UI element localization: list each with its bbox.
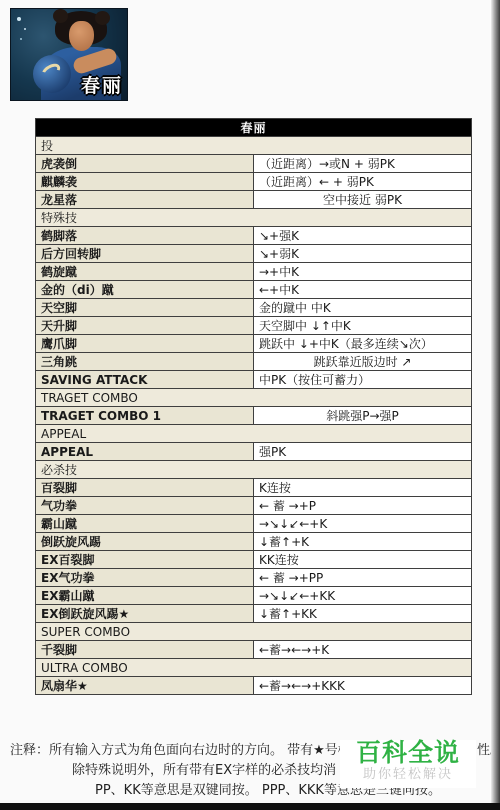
move-name: EX百裂脚 bbox=[36, 551, 254, 569]
section-row: 特殊技 bbox=[36, 209, 472, 227]
character-portrait: 春丽 bbox=[10, 8, 128, 101]
move-row: 凤扇华★←蓄→←→+KKK bbox=[36, 677, 472, 695]
move-name: 倒跃旋风踢 bbox=[36, 533, 254, 551]
move-input: 斜跳强P→强P bbox=[254, 407, 472, 425]
move-name: 千裂脚 bbox=[36, 641, 254, 659]
section-row: 必杀技 bbox=[36, 461, 472, 479]
section-label: ULTRA COMBO bbox=[36, 659, 472, 677]
move-input: →+中K bbox=[254, 263, 472, 281]
move-row: 百裂脚K连按 bbox=[36, 479, 472, 497]
move-name: 天升脚 bbox=[36, 317, 254, 335]
move-row: 倒跃旋风踢↓蓄↑+K bbox=[36, 533, 472, 551]
move-name: SAVING ATTACK bbox=[36, 371, 254, 389]
move-row: EX气功拳← 蓄 →+PP bbox=[36, 569, 472, 587]
move-row: EX倒跃旋风踢★↓蓄↑+KK bbox=[36, 605, 472, 623]
move-row: SAVING ATTACK中PK（按住可蓄力） bbox=[36, 371, 472, 389]
move-row: 天空脚金的蹴中 中K bbox=[36, 299, 472, 317]
section-row: SUPER COMBO bbox=[36, 623, 472, 641]
move-input: （近距离）→或N + 弱PK bbox=[254, 155, 472, 173]
move-input: 强PK bbox=[254, 443, 472, 461]
move-name: 鹤旋蹴 bbox=[36, 263, 254, 281]
move-row: 鹰爪脚跳跃中 ↓+中K（最多连续↘次） bbox=[36, 335, 472, 353]
move-name: 金的（di）蹴 bbox=[36, 281, 254, 299]
move-row: 后方回转脚↘+弱K bbox=[36, 245, 472, 263]
portrait-hair-bun bbox=[95, 11, 110, 25]
move-name: 凤扇华★ bbox=[36, 677, 254, 695]
section-label: TRAGET COMBO bbox=[36, 389, 472, 407]
move-input: K连按 bbox=[254, 479, 472, 497]
move-row: TRAGET COMBO 1斜跳强P→强P bbox=[36, 407, 472, 425]
bottom-border-strip bbox=[0, 803, 500, 810]
move-input: 天空脚中 ↓↑中K bbox=[254, 317, 472, 335]
move-input: ←+中K bbox=[254, 281, 472, 299]
move-input: →↘↓↙←+KK bbox=[254, 587, 472, 605]
section-label: 投 bbox=[36, 137, 472, 155]
move-row: 气功拳← 蓄 →+P bbox=[36, 497, 472, 515]
watermark-subtitle: 助你轻松解决 bbox=[340, 766, 476, 784]
move-name: EX气功拳 bbox=[36, 569, 254, 587]
portrait-face bbox=[69, 21, 94, 51]
move-input: 跳跃中 ↓+中K（最多连续↘次） bbox=[254, 335, 472, 353]
move-name: EX倒跃旋风踢★ bbox=[36, 605, 254, 623]
character-name-overlay: 春丽 bbox=[81, 71, 123, 98]
move-name: APPEAL bbox=[36, 443, 254, 461]
move-row: 麒麟袭（近距离）← + 弱PK bbox=[36, 173, 472, 191]
water-splash-decoration bbox=[17, 17, 21, 21]
move-name: 虎袭倒 bbox=[36, 155, 254, 173]
move-input: ↘+弱K bbox=[254, 245, 472, 263]
move-name: 百裂脚 bbox=[36, 479, 254, 497]
move-name: 霸山蹴 bbox=[36, 515, 254, 533]
portrait-hair-bun bbox=[53, 9, 68, 23]
move-row: 金的（di）蹴←+中K bbox=[36, 281, 472, 299]
section-label: APPEAL bbox=[36, 425, 472, 443]
move-input: →↘↓↙←+K bbox=[254, 515, 472, 533]
move-name: 龙星落 bbox=[36, 191, 254, 209]
move-input: 空中接近 弱PK bbox=[254, 191, 472, 209]
section-label: 特殊技 bbox=[36, 209, 472, 227]
move-name: 麒麟袭 bbox=[36, 173, 254, 191]
table-title-row: 春丽 bbox=[36, 119, 472, 137]
watermark-title: 百科全说 bbox=[340, 740, 476, 766]
section-row: 投 bbox=[36, 137, 472, 155]
section-row: ULTRA COMBO bbox=[36, 659, 472, 677]
move-input: ←蓄→←→+KKK bbox=[254, 677, 472, 695]
move-name: 鹰爪脚 bbox=[36, 335, 254, 353]
right-border-strip bbox=[491, 0, 500, 810]
table-title: 春丽 bbox=[36, 119, 472, 137]
move-input: 中PK（按住可蓄力） bbox=[254, 371, 472, 389]
move-input: ↓蓄↑+KK bbox=[254, 605, 472, 623]
section-row: TRAGET COMBO bbox=[36, 389, 472, 407]
move-row: 天升脚天空脚中 ↓↑中K bbox=[36, 317, 472, 335]
move-input: ←蓄→←→+K bbox=[254, 641, 472, 659]
move-list-table: 春丽 投虎袭倒（近距离）→或N + 弱PK麒麟袭（近距离）← + 弱PK龙星落空… bbox=[35, 118, 472, 695]
move-input: （近距离）← + 弱PK bbox=[254, 173, 472, 191]
move-row: 三角跳跳跃靠近版边时 ↗ bbox=[36, 353, 472, 371]
move-name: 气功拳 bbox=[36, 497, 254, 515]
move-row: 鹤旋蹴→+中K bbox=[36, 263, 472, 281]
move-name: TRAGET COMBO 1 bbox=[36, 407, 254, 425]
move-input: ← 蓄 →+PP bbox=[254, 569, 472, 587]
move-row: 霸山蹴→↘↓↙←+K bbox=[36, 515, 472, 533]
move-input: 跳跃靠近版边时 ↗ bbox=[254, 353, 472, 371]
move-name: 天空脚 bbox=[36, 299, 254, 317]
move-name: 三角跳 bbox=[36, 353, 254, 371]
move-row: EX霸山蹴→↘↓↙←+KK bbox=[36, 587, 472, 605]
move-input: KK连按 bbox=[254, 551, 472, 569]
move-row: 虎袭倒（近距离）→或N + 弱PK bbox=[36, 155, 472, 173]
section-label: SUPER COMBO bbox=[36, 623, 472, 641]
section-label: 必杀技 bbox=[36, 461, 472, 479]
move-row: 龙星落空中接近 弱PK bbox=[36, 191, 472, 209]
watermark: 百科全说 助你轻松解决 bbox=[340, 740, 476, 788]
move-input: 金的蹴中 中K bbox=[254, 299, 472, 317]
move-row: 鹤脚落↘+强K bbox=[36, 227, 472, 245]
move-input: ↓蓄↑+K bbox=[254, 533, 472, 551]
section-row: APPEAL bbox=[36, 425, 472, 443]
move-name: EX霸山蹴 bbox=[36, 587, 254, 605]
move-name: 鹤脚落 bbox=[36, 227, 254, 245]
move-row: 千裂脚←蓄→←→+K bbox=[36, 641, 472, 659]
move-row: APPEAL强PK bbox=[36, 443, 472, 461]
move-row: EX百裂脚KK连按 bbox=[36, 551, 472, 569]
move-input: ↘+强K bbox=[254, 227, 472, 245]
move-name: 后方回转脚 bbox=[36, 245, 254, 263]
move-input: ← 蓄 →+P bbox=[254, 497, 472, 515]
